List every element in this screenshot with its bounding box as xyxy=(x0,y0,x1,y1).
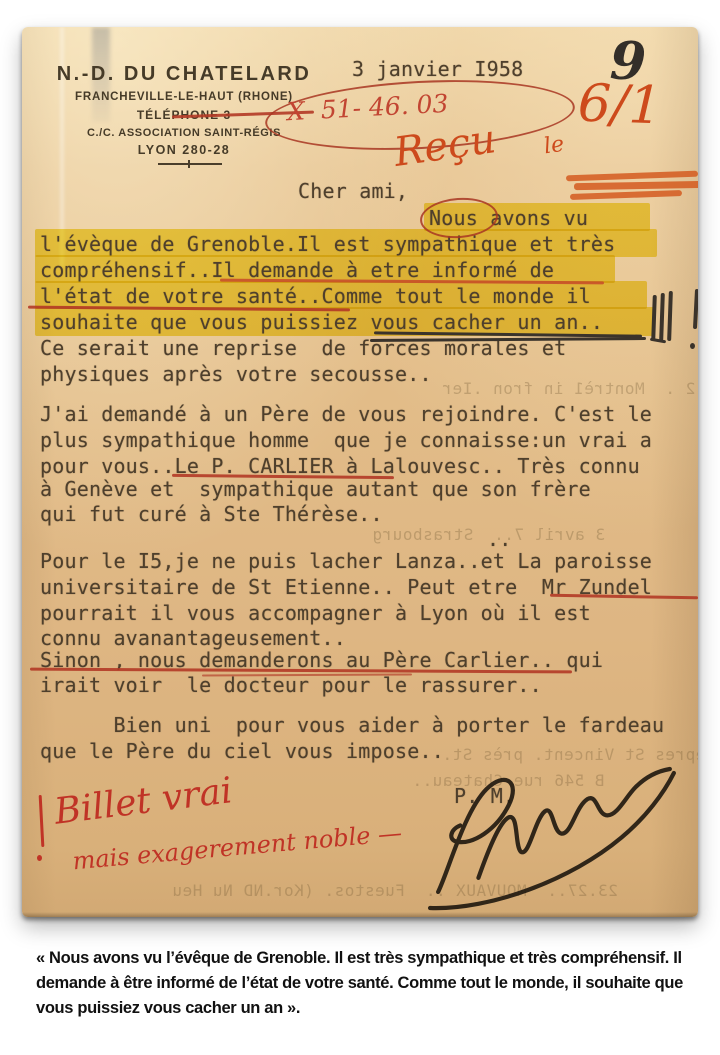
red-exclamation-stroke xyxy=(39,795,45,847)
pencil-margin-stroke xyxy=(659,293,664,341)
handwritten-note-line1: Billet vrai xyxy=(52,770,234,832)
crayon-stroke xyxy=(566,171,698,182)
handwritten-recu-le: le xyxy=(542,132,565,160)
red-exclamation-dot xyxy=(37,855,42,861)
typed-line: à Genève et sympathique autant que son f… xyxy=(40,477,591,501)
pencil-margin-hook xyxy=(650,338,666,344)
letter-photo: 85 février 2 . Montrè1 in fron .Ier 3 av… xyxy=(22,27,698,917)
typed-line: Bien uni pour vous aider à porter le far… xyxy=(40,713,664,737)
typed-line: souhaite que vous puissiez vous cacher u… xyxy=(40,310,603,334)
letter-date: 3 janvier I958 xyxy=(352,57,523,81)
typed-line: que le Père du ciel vous impose.. xyxy=(40,739,444,763)
typed-line: plus sympathique homme que je connaisse:… xyxy=(40,428,652,452)
typed-line: physiques après votre secousse.. xyxy=(40,362,432,386)
typed-line: qui fut curé à Ste Thérèse.. xyxy=(40,502,383,526)
typed-line: Pour le I5,je ne puis lacher Lanza..et L… xyxy=(40,549,652,573)
pencil-margin-stroke xyxy=(667,291,672,341)
article-page: 85 février 2 . Montrè1 in fron .Ier 3 av… xyxy=(0,0,720,1055)
handwritten-recu-date: 6/1 xyxy=(577,74,663,137)
typed-line: .. xyxy=(487,527,511,551)
typed-line: l'état de votre santé..Comme tout le mon… xyxy=(40,284,591,308)
handwritten-note-line2: mais exagerement noble — xyxy=(71,819,403,876)
typed-line: pour vous..Le P. CARLIER à Lalouvesc.. T… xyxy=(40,454,640,478)
crayon-stroke xyxy=(574,181,698,190)
pencil-margin-stroke xyxy=(651,295,656,341)
typed-line: connu avanantageusement.. xyxy=(40,626,346,650)
bleedthrough-text: 85 février 2 . Montrè1 in fron .Ier xyxy=(442,379,698,398)
crayon-stroke xyxy=(570,190,682,200)
letterhead-divider xyxy=(158,163,222,165)
typed-line: l'évèque de Grenoble.Il est sympathique … xyxy=(40,232,615,256)
pencil-exclamation-stroke xyxy=(693,289,698,329)
typed-line: J'ai demandé à un Père de vous rejoindre… xyxy=(40,402,652,426)
photo-caption: « Nous avons vu l’évêque de Grenoble. Il… xyxy=(36,946,692,1021)
typed-line: pourrait il vous accompagner à Lyon où i… xyxy=(40,601,591,625)
typed-line: Cher ami, xyxy=(298,179,408,203)
signature xyxy=(420,757,692,912)
pencil-exclamation-dot xyxy=(690,343,695,349)
letterhead-name: N.-D. DU CHATELARD xyxy=(36,63,332,86)
typed-line: irait voir le docteur pour le rassurer.. xyxy=(40,673,542,697)
letterhead-city: LYON 280-28 xyxy=(36,143,332,157)
